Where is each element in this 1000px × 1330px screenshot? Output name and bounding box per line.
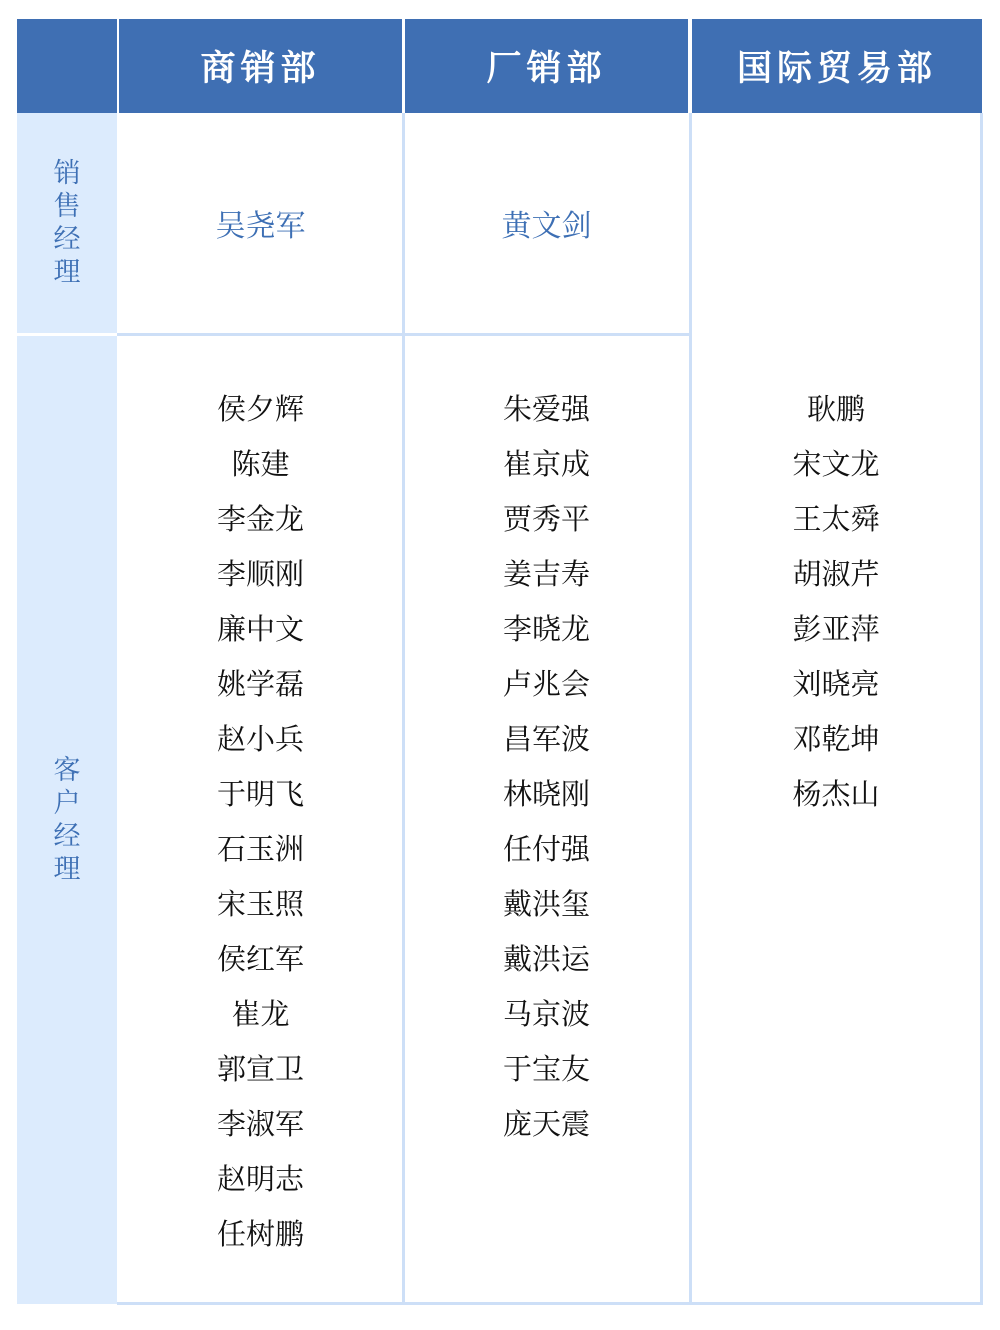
list-item: 刘晓亮 (792, 657, 879, 712)
list-item: 卢兆会 (503, 657, 590, 712)
list-item: 崔龙 (231, 987, 289, 1042)
label-char: 经 (54, 820, 81, 853)
grid-line-right-border (980, 113, 983, 1304)
header-corner-cell (17, 19, 117, 113)
account-managers-changxiao-list: 朱爱强 崔京成 贾秀平 姜吉寿 李晓龙 卢兆会 昌军波 林晓刚 任付强 戴洪玺 … (405, 336, 688, 1152)
account-managers-shangxiao-cell: 侯夕辉 陈建 李金龙 李顺刚 廉中文 姚学磊 赵小兵 于明飞 石玉洲 宋玉照 侯… (119, 336, 402, 1302)
list-item: 庞天震 (503, 1097, 590, 1152)
account-managers-shangxiao-list: 侯夕辉 陈建 李金龙 李顺刚 廉中文 姚学磊 赵小兵 于明飞 石玉洲 宋玉照 侯… (119, 336, 402, 1262)
grid-line-vertical (689, 113, 692, 1304)
grid-line-row-split (117, 333, 689, 336)
label-char: 客 (54, 754, 81, 787)
label-char: 售 (54, 190, 81, 223)
account-managers-guoji-list: 耿鹏 宋文龙 王太舜 胡淑芹 彭亚萍 刘晓亮 邓乾坤 杨杰山 (692, 113, 980, 822)
list-item: 侯红军 (217, 932, 304, 987)
row-label-account-manager: 客 户 经 理 (17, 336, 117, 1304)
list-item: 赵小兵 (217, 712, 304, 767)
sales-manager-label: 销 售 经 理 (54, 157, 81, 289)
list-item: 宋玉照 (217, 877, 304, 932)
list-item: 姚学磊 (217, 657, 304, 712)
list-item: 石玉洲 (217, 822, 304, 877)
list-item: 王太舜 (792, 492, 879, 547)
list-item: 彭亚萍 (792, 602, 879, 657)
list-item: 廉中文 (217, 602, 304, 657)
label-char: 户 (54, 787, 81, 820)
list-item: 李顺刚 (217, 547, 304, 602)
list-item: 林晓刚 (503, 767, 590, 822)
header-guoji: 国际贸易部 (692, 19, 982, 113)
list-item: 姜吉寿 (503, 547, 590, 602)
label-char: 理 (54, 853, 81, 886)
list-item: 戴洪玺 (503, 877, 590, 932)
list-item: 邓乾坤 (792, 712, 879, 767)
list-item: 贾秀平 (503, 492, 590, 547)
list-item: 赵明志 (217, 1152, 304, 1207)
list-item: 郭宣卫 (217, 1042, 304, 1097)
account-manager-label: 客 户 经 理 (54, 754, 81, 886)
label-char: 经 (54, 223, 81, 256)
sales-manager-shangxiao: 吴尧军 (119, 113, 402, 333)
guoji-merged-cell: 耿鹏 宋文龙 王太舜 胡淑芹 彭亚萍 刘晓亮 邓乾坤 杨杰山 (692, 113, 980, 1302)
label-char: 理 (54, 256, 81, 289)
grid-line-bottom-border (117, 1302, 983, 1305)
list-item: 耿鹏 (807, 382, 865, 437)
sales-manager-changxiao: 黄文剑 (405, 113, 688, 333)
header-changxiao: 厂销部 (405, 19, 688, 113)
list-item: 昌军波 (503, 712, 590, 767)
list-item: 李淑军 (217, 1097, 304, 1152)
list-item: 于明飞 (217, 767, 304, 822)
list-item: 胡淑芹 (792, 547, 879, 602)
account-managers-changxiao-cell: 朱爱强 崔京成 贾秀平 姜吉寿 李晓龙 卢兆会 昌军波 林晓刚 任付强 戴洪玺 … (405, 336, 688, 1302)
list-item: 陈建 (231, 437, 289, 492)
list-item: 任树鹏 (217, 1207, 304, 1262)
list-item: 戴洪运 (503, 932, 590, 987)
list-item: 杨杰山 (792, 767, 879, 822)
list-item: 于宝友 (503, 1042, 590, 1097)
list-item: 马京波 (503, 987, 590, 1042)
list-item: 李晓龙 (503, 602, 590, 657)
list-item: 朱爱强 (503, 382, 590, 437)
header-shangxiao: 商销部 (119, 19, 402, 113)
list-item: 李金龙 (217, 492, 304, 547)
grid-line-vertical (402, 113, 405, 1304)
list-item: 侯夕辉 (217, 382, 304, 437)
list-item: 任付强 (503, 822, 590, 877)
label-char: 销 (54, 157, 81, 190)
list-item: 宋文龙 (792, 437, 879, 492)
row-label-sales-manager: 销 售 经 理 (17, 113, 117, 333)
list-item: 崔京成 (503, 437, 590, 492)
